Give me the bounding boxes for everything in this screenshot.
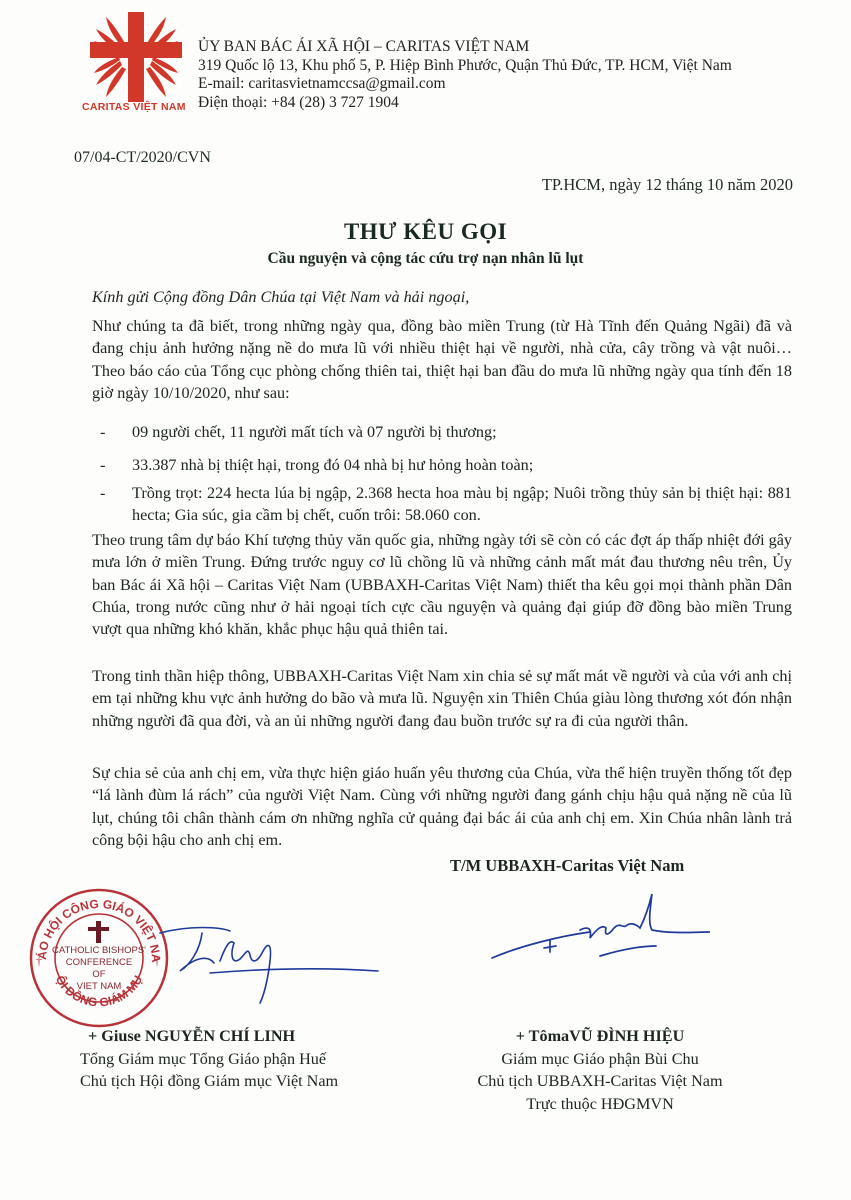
paragraph-2: Theo trung tâm dự báo Khí tượng thủy văn… [92, 529, 792, 640]
signature-right-icon [480, 888, 710, 963]
signature-left-icon [150, 925, 380, 1005]
date-line: TP.HCM, ngày 12 tháng 10 năm 2020 [542, 175, 793, 195]
caritas-cross-logo-icon [84, 12, 188, 102]
list-bullet: - [100, 421, 105, 443]
letterhead-info: ỦY BAN BÁC ÁI XÃ HỘI – CARITAS VIỆT NAM … [198, 38, 732, 112]
svg-text:CATHOLIC BISHOPS': CATHOLIC BISHOPS' [52, 945, 146, 956]
paragraph-4: Sự chia sẻ của anh chị em, vừa thực hiện… [92, 762, 792, 851]
signatory-title: Trực thuộc HĐGMVN [440, 1093, 760, 1116]
svg-text:CONFERENCE: CONFERENCE [66, 957, 133, 968]
org-name: ỦY BAN BÁC ÁI XÃ HỘI – CARITAS VIỆT NAM [198, 38, 732, 57]
signatory-title: Giám mục Giáo phận Bùi Chu [440, 1048, 760, 1071]
signatory-title: Chủ tịch Hội đồng Giám mục Việt Nam [80, 1070, 338, 1093]
reference-number: 07/04-CT/2020/CVN [74, 149, 211, 167]
signatory-name: + Giuse NGUYỄN CHÍ LINH [80, 1025, 338, 1048]
letter-title: THƯ KÊU GỌI [0, 219, 851, 245]
paragraph-1: Như chúng ta đã biết, trong những ngày q… [92, 315, 792, 404]
svg-text:OF: OF [92, 969, 105, 980]
signatory-left: + Giuse NGUYỄN CHÍ LINH Tổng Giám mục Tổ… [80, 1025, 338, 1093]
list-bullet: - [100, 482, 105, 504]
on-behalf-line: T/M UBBAXH-Caritas Việt Nam [450, 856, 684, 876]
signatory-title: Tổng Giám mục Tổng Giáo phận Huế [80, 1048, 338, 1071]
org-email: E-mail: caritasvietnamccsa@gmail.com [198, 75, 732, 94]
signatory-name: + TômaVŨ ĐÌNH HIỆU [440, 1025, 760, 1048]
org-phone: Điện thoại: +84 (28) 3 727 1904 [198, 94, 732, 113]
greeting: Kính gửi Cộng đồng Dân Chúa tại Việt Nam… [92, 286, 792, 308]
paragraph-3: Trong tinh thần hiệp thông, UBBAXH-Carit… [92, 665, 792, 732]
letter-subtitle: Cầu nguyện và cộng tác cứu trợ nạn nhân … [0, 250, 851, 268]
signatory-right: + TômaVŨ ĐÌNH HIỆU Giám mục Giáo phận Bù… [440, 1025, 760, 1115]
signatory-title: Chủ tịch UBBAXH-Caritas Việt Nam [440, 1070, 760, 1093]
svg-text:†: † [36, 954, 42, 968]
logo-caption: CARITAS VIỆT NAM [82, 101, 192, 113]
list-bullet: - [100, 454, 105, 476]
svg-text:VIET NAM: VIET NAM [77, 981, 122, 992]
org-address: 319 Quốc lộ 13, Khu phố 5, P. Hiệp Bình … [198, 57, 732, 76]
